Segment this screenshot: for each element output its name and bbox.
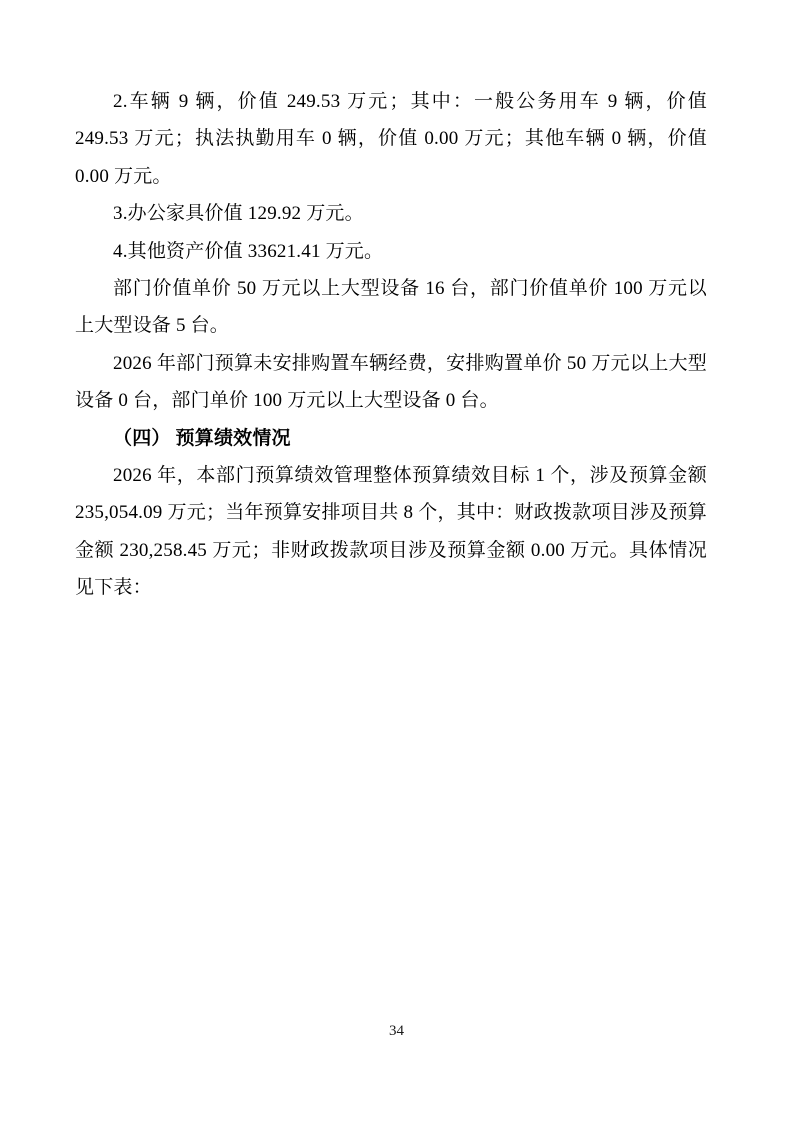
paragraph-2026-procurement: 2026 年部门预算未安排购置车辆经费，安排购置单价 50 万元以上大型设备 0… (75, 345, 707, 420)
section-heading-budget-performance: （四） 预算绩效情况 (75, 420, 707, 457)
paragraph-office-furniture: 3.办公家具价值 129.92 万元。 (75, 195, 707, 232)
paragraph-budget-performance-detail: 2026 年，本部门预算绩效管理整体预算绩效目标 1 个，涉及预算金额 235,… (75, 457, 707, 607)
paragraph-other-assets: 4.其他资产价值 33621.41 万元。 (75, 233, 707, 270)
document-page: 2.车辆 9 辆，价值 249.53 万元；其中：一般公务用车 9 辆，价值 2… (0, 0, 793, 1122)
page-number: 34 (0, 1021, 793, 1041)
document-body: 2.车辆 9 辆，价值 249.53 万元；其中：一般公务用车 9 辆，价值 2… (75, 83, 707, 607)
paragraph-vehicles: 2.车辆 9 辆，价值 249.53 万元；其中：一般公务用车 9 辆，价值 2… (75, 83, 707, 195)
paragraph-large-equipment: 部门价值单价 50 万元以上大型设备 16 台，部门价值单价 100 万元以上大… (75, 270, 707, 345)
